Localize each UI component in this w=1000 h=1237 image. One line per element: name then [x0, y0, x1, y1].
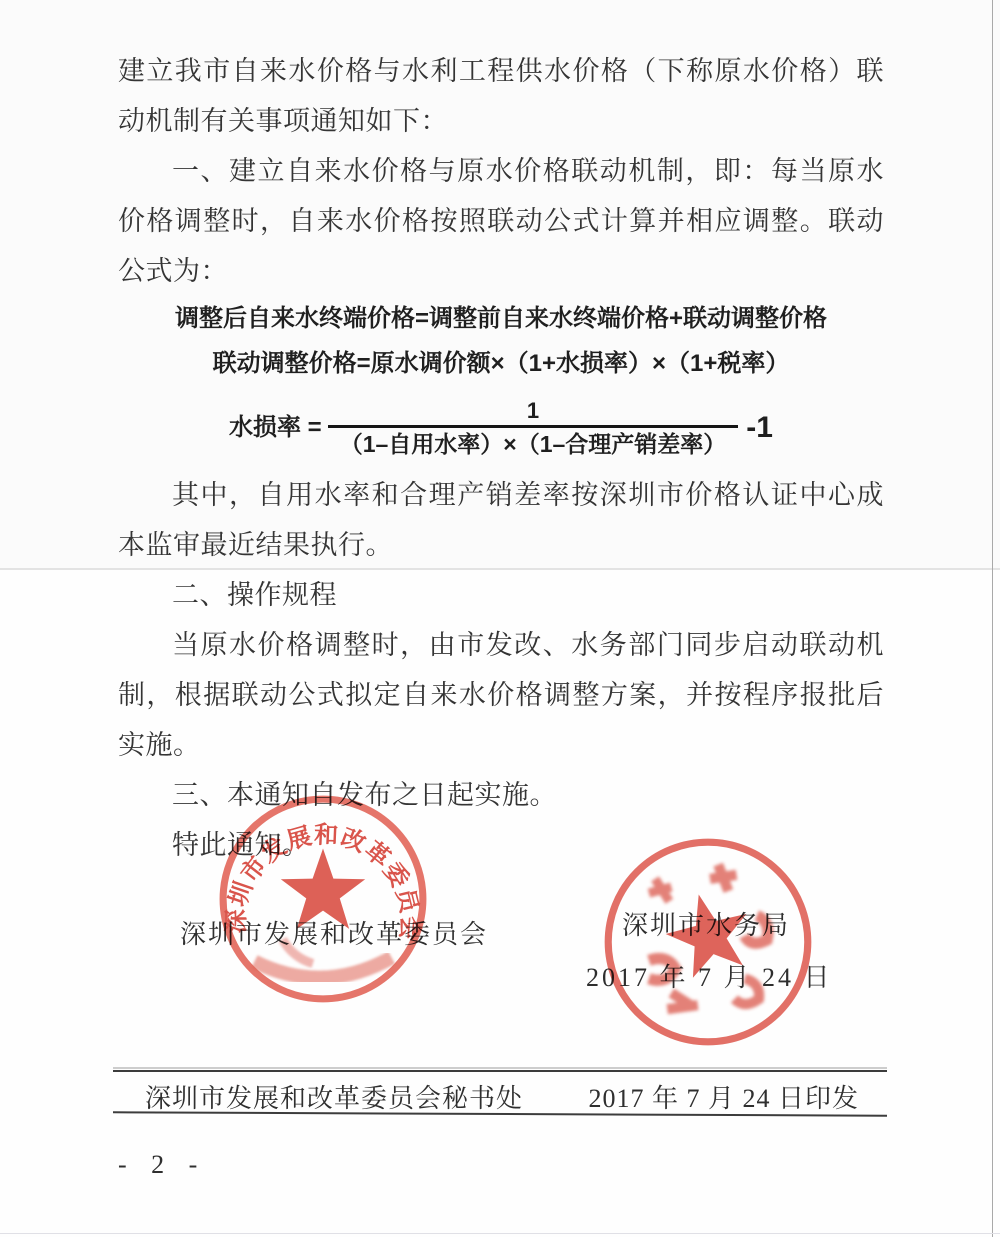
footer-rule-top	[113, 1070, 887, 1072]
seal-smudge	[283, 939, 313, 963]
paragraph-section2-heading: 二、操作规程	[118, 570, 884, 620]
seal-smudge	[254, 958, 391, 978]
page-number: - 2 -	[118, 1150, 206, 1180]
official-seal-development-reform-commission: 深圳市发展和改革委员会	[212, 786, 434, 1012]
scan-edge-line	[992, 0, 993, 1237]
document-page: 建立我市自来水价格与水利工程供水价格（下称原水价格）联动机制有关事项通知如下： …	[0, 0, 1000, 1237]
paragraph-definitions: 其中，自用水率和合理产销差率按深圳市价格认证中心成本监审最近结果执行。	[118, 470, 884, 570]
official-seal-water-affairs-bureau	[596, 830, 820, 1054]
paragraph-procedure: 当原水价格调整时，由市发改、水务部门同步启动联动机制，根据联动公式拟定自来水价格…	[118, 620, 884, 770]
formula-water-loss-rate: 水损率 = 1 （1–自用水率）×（1–合理产销差率） -1	[118, 386, 884, 470]
formula-lhs: 水损率 =	[229, 403, 322, 453]
seal-star-icon	[281, 849, 365, 929]
scan-bottom-line	[0, 1233, 1000, 1234]
paragraph-intro: 建立我市自来水价格与水利工程供水价格（下称原水价格）联动机制有关事项通知如下：	[118, 46, 884, 146]
fraction-denominator: （1–自用水率）×（1–合理产销差率）	[328, 425, 739, 459]
formula-linkage-adjustment: 联动调整价格=原水调价额×（1+水损率）×（1+税率）	[118, 341, 884, 386]
paragraph-section1: 一、建立自来水价格与原水价格联动机制，即：每当原水价格调整时，自来水价格按照联动…	[118, 146, 884, 296]
fraction-numerator: 1	[527, 397, 539, 425]
footer-issuing-office: 深圳市发展和改革委员会秘书处	[113, 1078, 523, 1115]
formula-block: 调整后自来水终端价格=调整前自来水终端价格+联动调整价格 联动调整价格=原水调价…	[118, 296, 884, 470]
document-body: 建立我市自来水价格与水利工程供水价格（下称原水价格）联动机制有关事项通知如下： …	[118, 46, 884, 870]
formula-terminal-price: 调整后自来水终端价格=调整前自来水终端价格+联动调整价格	[118, 296, 884, 341]
footer-imprint: 深圳市发展和改革委员会秘书处 2017 年 7 月 24 日印发	[113, 1078, 887, 1115]
fraction: 1 （1–自用水率）×（1–合理产销差率）	[328, 397, 739, 458]
formula-suffix: -1	[746, 403, 773, 453]
footer-print-date: 2017 年 7 月 24 日印发	[588, 1078, 887, 1115]
